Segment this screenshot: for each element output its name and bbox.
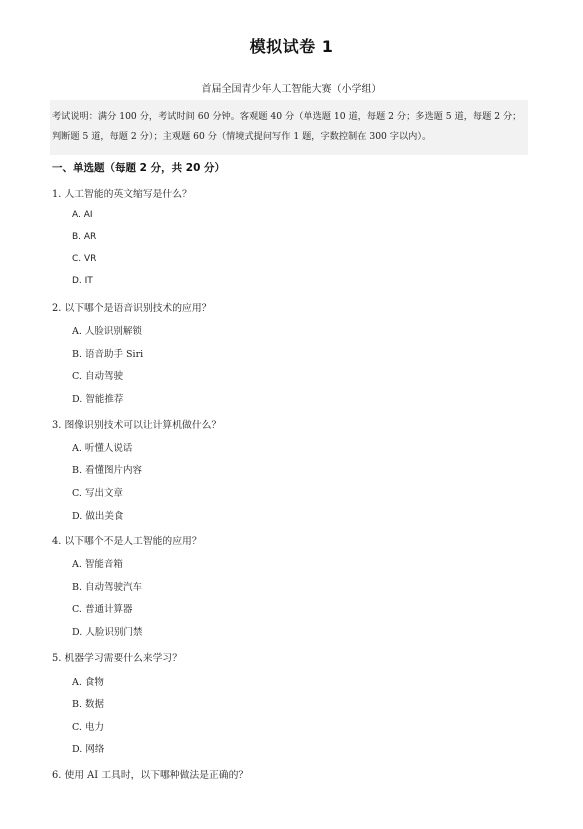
question-2-option-a: A. 人脸识别解锁 (72, 323, 142, 337)
question-5-option-a: A. 食物 (72, 674, 104, 688)
question-3-option-b: B. 看懂图片内容 (72, 462, 142, 476)
question-4-option-c: C. 普通计算器 (72, 601, 132, 615)
exam-page: 模拟试卷 1 首届全国青少年人工智能大赛（小学组） 考试说明：满分 100 分，… (0, 0, 583, 829)
question-3: 3. 图像识别技术可以让计算机做什么？ (52, 417, 221, 431)
question-4-option-a: A. 智能音箱 (72, 556, 123, 570)
question-3-option-d: D. 做出美食 (72, 508, 123, 522)
section-heading-single-choice: 一、单选题（每题 2 分，共 20 分） (52, 160, 225, 175)
question-2-option-b: B. 语音助手 Siri (72, 346, 143, 360)
question-1-option-a: A. AI (72, 210, 93, 220)
question-2-option-d: D. 智能推荐 (72, 391, 123, 405)
question-1-option-d: D. IT (72, 276, 93, 286)
document-subtitle: 首届全国青少年人工智能大赛（小学组） (0, 80, 583, 95)
document-title: 模拟试卷 1 (0, 34, 583, 57)
question-6: 6. 使用 AI 工具时，以下哪种做法是正确的？ (52, 767, 248, 781)
question-4-option-b: B. 自动驾驶汽车 (72, 579, 142, 593)
question-2: 2. 以下哪个是语音识别技术的应用？ (52, 300, 211, 314)
question-5-option-c: C. 电力 (72, 719, 104, 733)
question-1-option-c: C. VR (72, 254, 96, 264)
question-5-option-d: D. 网络 (72, 741, 104, 755)
question-3-option-a: A. 听懂人说话 (72, 440, 132, 454)
question-1-option-b: B. AR (72, 232, 96, 242)
question-5: 5. 机器学习需要什么来学习？ (52, 650, 182, 664)
question-2-option-c: C. 自动驾驶 (72, 368, 123, 382)
question-4: 4. 以下哪个不是人工智能的应用？ (52, 533, 202, 547)
exam-instructions-box: 考试说明：满分 100 分，考试时间 60 分钟。客观题 40 分（单选题 10… (50, 100, 528, 155)
question-3-option-c: C. 写出文章 (72, 485, 123, 499)
exam-instructions-text: 考试说明：满分 100 分，考试时间 60 分钟。客观题 40 分（单选题 10… (52, 111, 521, 142)
question-1: 1. 人工智能的英文缩写是什么？ (52, 186, 192, 200)
question-4-option-d: D. 人脸识别门禁 (72, 624, 142, 638)
question-5-option-b: B. 数据 (72, 696, 104, 710)
